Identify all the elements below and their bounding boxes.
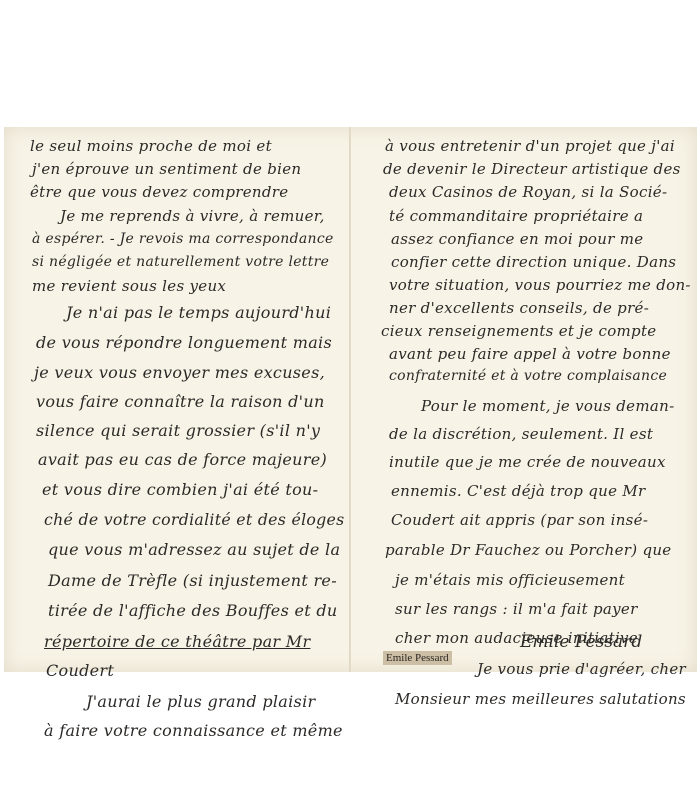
- letter-line: à faire votre connaissance et même: [44, 721, 343, 740]
- letter-line: je veux vous envoyer mes excuses,: [34, 363, 325, 382]
- letter-line: silence qui serait grossier (s'il n'y: [36, 421, 320, 440]
- letter-line: de la discrétion, seulement. Il est: [389, 425, 653, 443]
- letter-line: deux Casinos de Royan, si la Socié-: [389, 183, 667, 201]
- letter-line: votre situation, vous pourriez me don-: [389, 276, 691, 294]
- letter-line: à espérer. - Je revois ma correspondance: [32, 231, 334, 247]
- name-label-tag: Emile Pessard: [383, 651, 452, 665]
- letter-line: à vous entretenir d'un projet que j'ai: [385, 137, 675, 155]
- letter-line: Pour le moment, je vous deman-: [421, 397, 674, 415]
- letter-line: confier cette direction unique. Dans: [391, 253, 676, 271]
- letter-line: répertoire de ce théâtre par Mr: [44, 632, 310, 651]
- right-page: à vous entretenir d'un projet que j'ai d…: [351, 127, 697, 672]
- left-page: le seul moins proche de moi et j'en épro…: [4, 127, 349, 672]
- letter-line: cieux renseignements et je compte: [381, 322, 656, 340]
- letter-line: ennemis. C'est déjà trop que Mr: [391, 482, 645, 500]
- letter-line: j'en éprouve un sentiment de bien: [32, 160, 301, 178]
- letter-line: tirée de l'affiche des Bouffes et du: [48, 601, 338, 620]
- letter-line: confraternité et à votre complaisance: [389, 368, 667, 384]
- letter-line: vous faire connaître la raison d'un: [36, 392, 325, 411]
- letter-line: avait pas eu cas de force majeure): [38, 450, 327, 469]
- letter-line: Coudert: [46, 661, 114, 680]
- letter-line: et vous dire combien j'ai été tou-: [42, 480, 318, 499]
- letter-line: de vous répondre longuement mais: [36, 333, 332, 352]
- signature: Emile Pessard: [520, 632, 642, 652]
- letter-line: le seul moins proche de moi et: [30, 137, 272, 155]
- letter-line: être que vous devez comprendre: [30, 183, 288, 201]
- letter-line: sur les rangs : il m'a fait payer: [395, 600, 638, 618]
- letter-line: si négligée et naturellement votre lettr…: [32, 254, 329, 270]
- letter-line: avant peu faire appel à votre bonne: [389, 345, 671, 363]
- letter-line: Dame de Trèfle (si injustement re-: [48, 571, 337, 590]
- letter-line: je m'étais mis officieusement: [395, 571, 625, 589]
- letter-line: Monsieur mes meilleures salutations: [395, 690, 686, 708]
- letter-line: de devenir le Directeur artistique des: [383, 160, 681, 178]
- letter-line: inutile que je me crée de nouveaux: [389, 453, 666, 471]
- letter-line: ner d'excellents conseils, de pré-: [389, 299, 649, 317]
- letter-line: J'aurai le plus grand plaisir: [86, 692, 315, 711]
- letter-line: Je vous prie d'agréer, cher: [477, 660, 686, 678]
- letter-line: parable Dr Fauchez ou Porcher) que: [385, 541, 671, 559]
- letter-line: té commanditaire propriétaire a: [389, 207, 643, 225]
- letter-line: Je me reprends à vivre, à remuer,: [60, 207, 325, 225]
- letter-line: que vous m'adressez au sujet de la: [48, 540, 340, 559]
- letter-line: ché de votre cordialité et des éloges: [44, 510, 345, 529]
- letter-line: assez confiance en moi pour me: [391, 230, 643, 248]
- letter-line: me revient sous les yeux: [32, 277, 226, 295]
- letter-line: Je n'ai pas le temps aujourd'hui: [66, 303, 331, 322]
- letter-line: Coudert ait appris (par son insé-: [391, 511, 648, 529]
